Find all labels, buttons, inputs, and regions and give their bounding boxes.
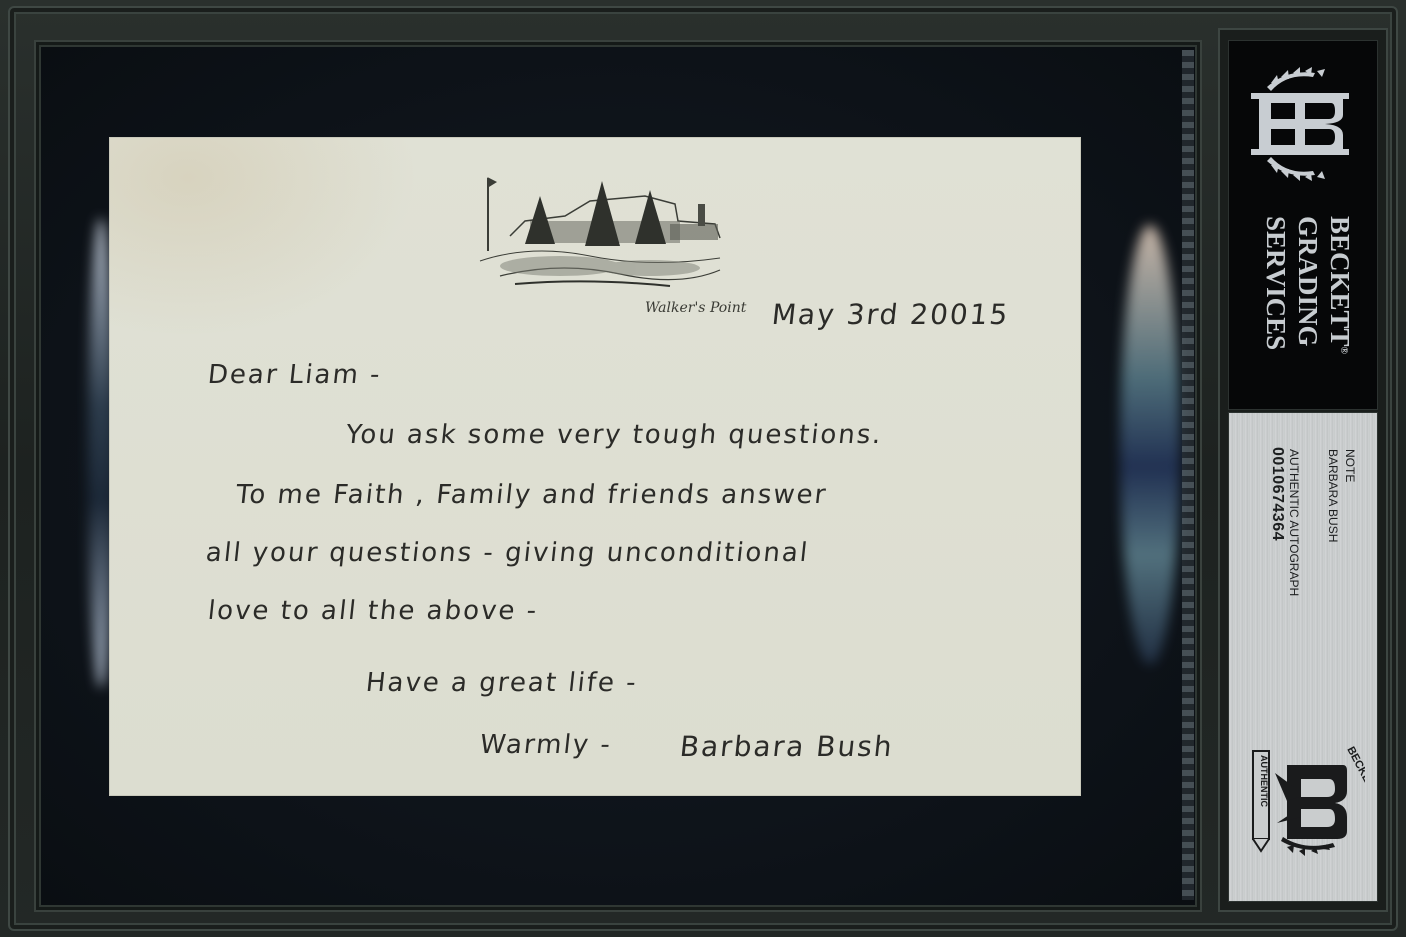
registered-mark: ® bbox=[1338, 347, 1349, 354]
label-type: AUTHENTIC AUTOGRAPH bbox=[1287, 449, 1301, 596]
label-services: SERVICES bbox=[1260, 216, 1292, 354]
slab-ridge bbox=[1182, 50, 1194, 900]
note-salutation: Dear Liam - bbox=[206, 360, 383, 390]
note-line-1: You ask some very tough questions. bbox=[344, 420, 884, 450]
label-beckett: BECKETT bbox=[1325, 216, 1355, 347]
seal-top-text: BECKETT bbox=[1344, 745, 1365, 797]
note-card: Walker's Point May 3rd 20015 Dear Liam -… bbox=[110, 138, 1080, 795]
seal-ribbon-text: AUTHENTIC bbox=[1259, 755, 1269, 807]
house-illustration-icon bbox=[470, 166, 730, 296]
glare-reflection-right bbox=[1120, 225, 1180, 665]
beckett-authentic-seal-icon: AUTHENTIC BECKETT bbox=[1247, 743, 1365, 861]
note-closing: Warmly - bbox=[478, 730, 613, 760]
label-grading: GRADING bbox=[1292, 216, 1324, 354]
grading-slab: Walker's Point May 3rd 20015 Dear Liam -… bbox=[0, 0, 1406, 937]
label-header-panel: BECKETT® GRADING SERVICES bbox=[1228, 40, 1378, 410]
label-subject: BARBARA BUSH bbox=[1326, 449, 1340, 542]
label-header-text: BECKETT® GRADING SERVICES bbox=[1260, 216, 1359, 354]
beckett-b-logo-icon bbox=[1249, 63, 1357, 183]
note-line-5: Have a great life - bbox=[364, 668, 639, 698]
note-line-3: all your questions - giving unconditiona… bbox=[204, 538, 810, 568]
note-signature: Barbara Bush bbox=[678, 730, 895, 763]
note-line-4: love to all the above - bbox=[206, 596, 539, 626]
label-details-panel: NOTE BARBARA BUSH AUTHENTIC AUTOGRAPH 00… bbox=[1228, 412, 1378, 902]
note-date: May 3rd 20015 bbox=[770, 298, 1011, 331]
cert-number: 0010674364 bbox=[1268, 447, 1286, 541]
grading-label: BECKETT® GRADING SERVICES NOTE BARBARA B… bbox=[1218, 28, 1388, 912]
note-line-2: To me Faith , Family and friends answer bbox=[234, 480, 828, 510]
label-category: NOTE bbox=[1343, 449, 1357, 482]
letterhead-caption: Walker's Point bbox=[645, 300, 746, 316]
